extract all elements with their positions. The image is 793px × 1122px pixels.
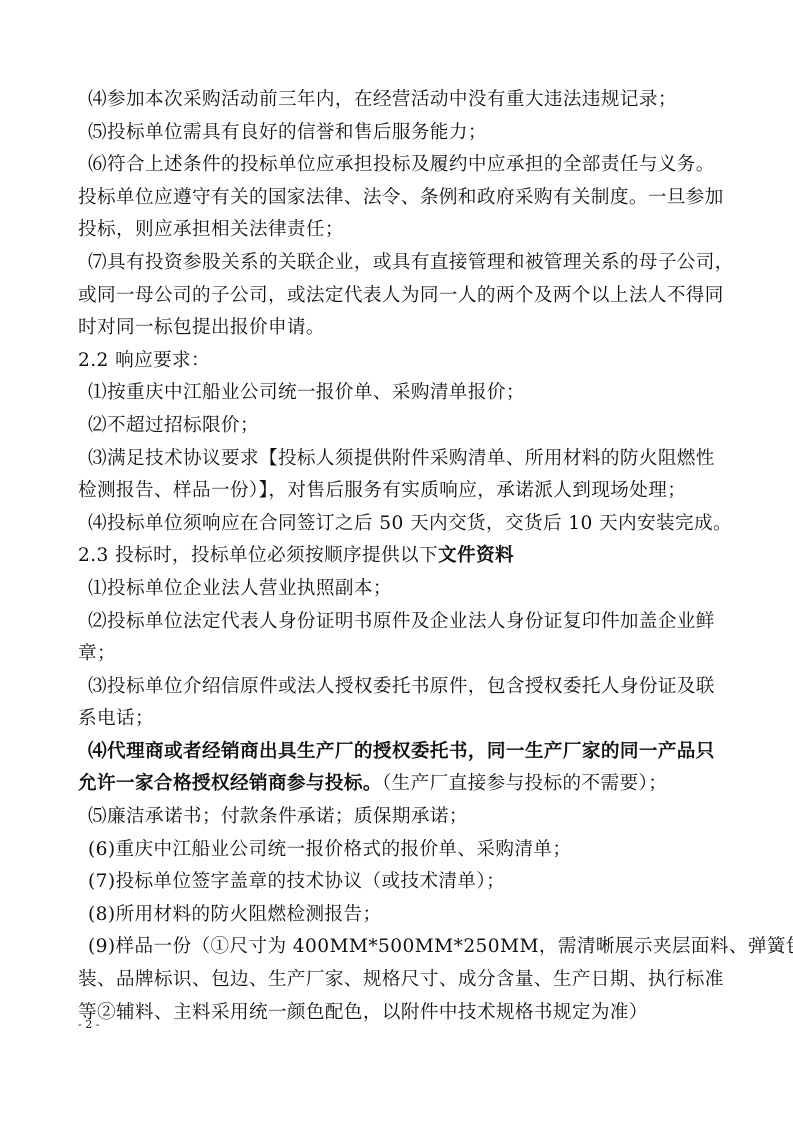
paragraph-line: ⑸投标单位需具有良好的信誉和售后服务能力；	[78, 117, 718, 150]
paragraph-line: 允许一家合格授权经销商参与投标。（生产厂直接参与投标的不需要）；	[78, 768, 718, 801]
paragraph-line: ⑶满足技术协议要求【投标人须提供附件采购清单、所用材料的防火阻燃性	[78, 443, 718, 476]
paragraph-line: 时对同一标包提出报价申请。	[78, 312, 718, 345]
paragraph-line: 投标，则应承担相关法律责任；	[78, 214, 718, 247]
heading-text: 2.3 投标时，投标单位必须按顺序提供以下	[78, 545, 438, 566]
document-body: ⑷参加本次采购活动前三年内，在经营活动中没有重大违法违规记录； ⑸投标单位需具有…	[78, 84, 718, 1029]
paragraph-line: (7)投标单位签字盖章的技术协议（或技术清单）；	[78, 866, 718, 899]
paragraph-line: 或同一母公司的子公司，或法定代表人为同一人的两个及两个以上法人不得同	[78, 280, 718, 313]
paragraph-line: ⑺具有投资参股关系的关联企业，或具有直接管理和被管理关系的母子公司，	[78, 247, 718, 280]
paragraph-line: ⑵不超过招标限价；	[78, 410, 718, 443]
paragraph-line: ⑷参加本次采购活动前三年内，在经营活动中没有重大违法违规记录；	[78, 84, 718, 117]
paragraph-line: (8)所用材料的防火阻燃检测报告；	[78, 899, 718, 932]
paragraph-line: 检测报告、样品一份）】，对售后服务有实质响应，承诺派人到现场处理；	[78, 475, 718, 508]
paragraph-line: 系电话；	[78, 703, 718, 736]
paragraph-line: ⑸廉洁承诺书；付款条件承诺；质保期承诺；	[78, 801, 718, 834]
paragraph-line: ⑷投标单位须响应在合同签订之后 50 天内交货，交货后 10 天内安装完成。	[78, 508, 718, 541]
section-heading: 2.2 响应要求：	[78, 345, 718, 378]
normal-text: （生产厂直接参与投标的不需要）；	[382, 773, 667, 794]
paragraph-line: ⑴投标单位企业法人营业执照副本；	[78, 573, 718, 606]
paragraph-line: 章；	[78, 638, 718, 671]
paragraph-line: 投标单位应遵守有关的国家法律、法令、条例和政府采购有关制度。一旦参加	[78, 182, 718, 215]
paragraph-line: (9)样品一份（①尺寸为 400MM*500MM*250MM，需清晰展示夹层面料…	[78, 931, 718, 964]
paragraph-line: 装、品牌标识、包边、生产厂家、规格尺寸、成分含量、生产日期、执行标准	[78, 964, 718, 997]
heading-bold-text: 文件资料	[438, 545, 514, 566]
section-heading: 2.3 投标时，投标单位必须按顺序提供以下文件资料	[78, 540, 718, 573]
paragraph-line: ⑵投标单位法定代表人身份证明书原件及企业法人身份证复印件加盖企业鲜	[78, 606, 718, 639]
paragraph-line: ⑶投标单位介绍信原件或法人授权委托书原件，包含授权委托人身份证及联	[78, 671, 718, 704]
paragraph-line: ⑹符合上述条件的投标单位应承担投标及履约中应承担的全部责任与义务。	[78, 149, 718, 182]
paragraph-line: (6)重庆中江船业公司统一报价格式的报价单、采购清单；	[78, 834, 718, 867]
paragraph-line: 等②辅料、主料采用统一颜色配色，以附件中技术规格书规定为准）	[78, 997, 718, 1030]
bold-text: 允许一家合格授权经销商参与投标。	[78, 773, 382, 794]
page-number: - 2 -	[78, 1018, 99, 1031]
paragraph-line: ⑴按重庆中江船业公司统一报价单、采购清单报价；	[78, 377, 718, 410]
paragraph-line-bold: ⑷代理商或者经销商出具生产厂的授权委托书，同一生产厂家的同一产品只	[78, 736, 718, 769]
